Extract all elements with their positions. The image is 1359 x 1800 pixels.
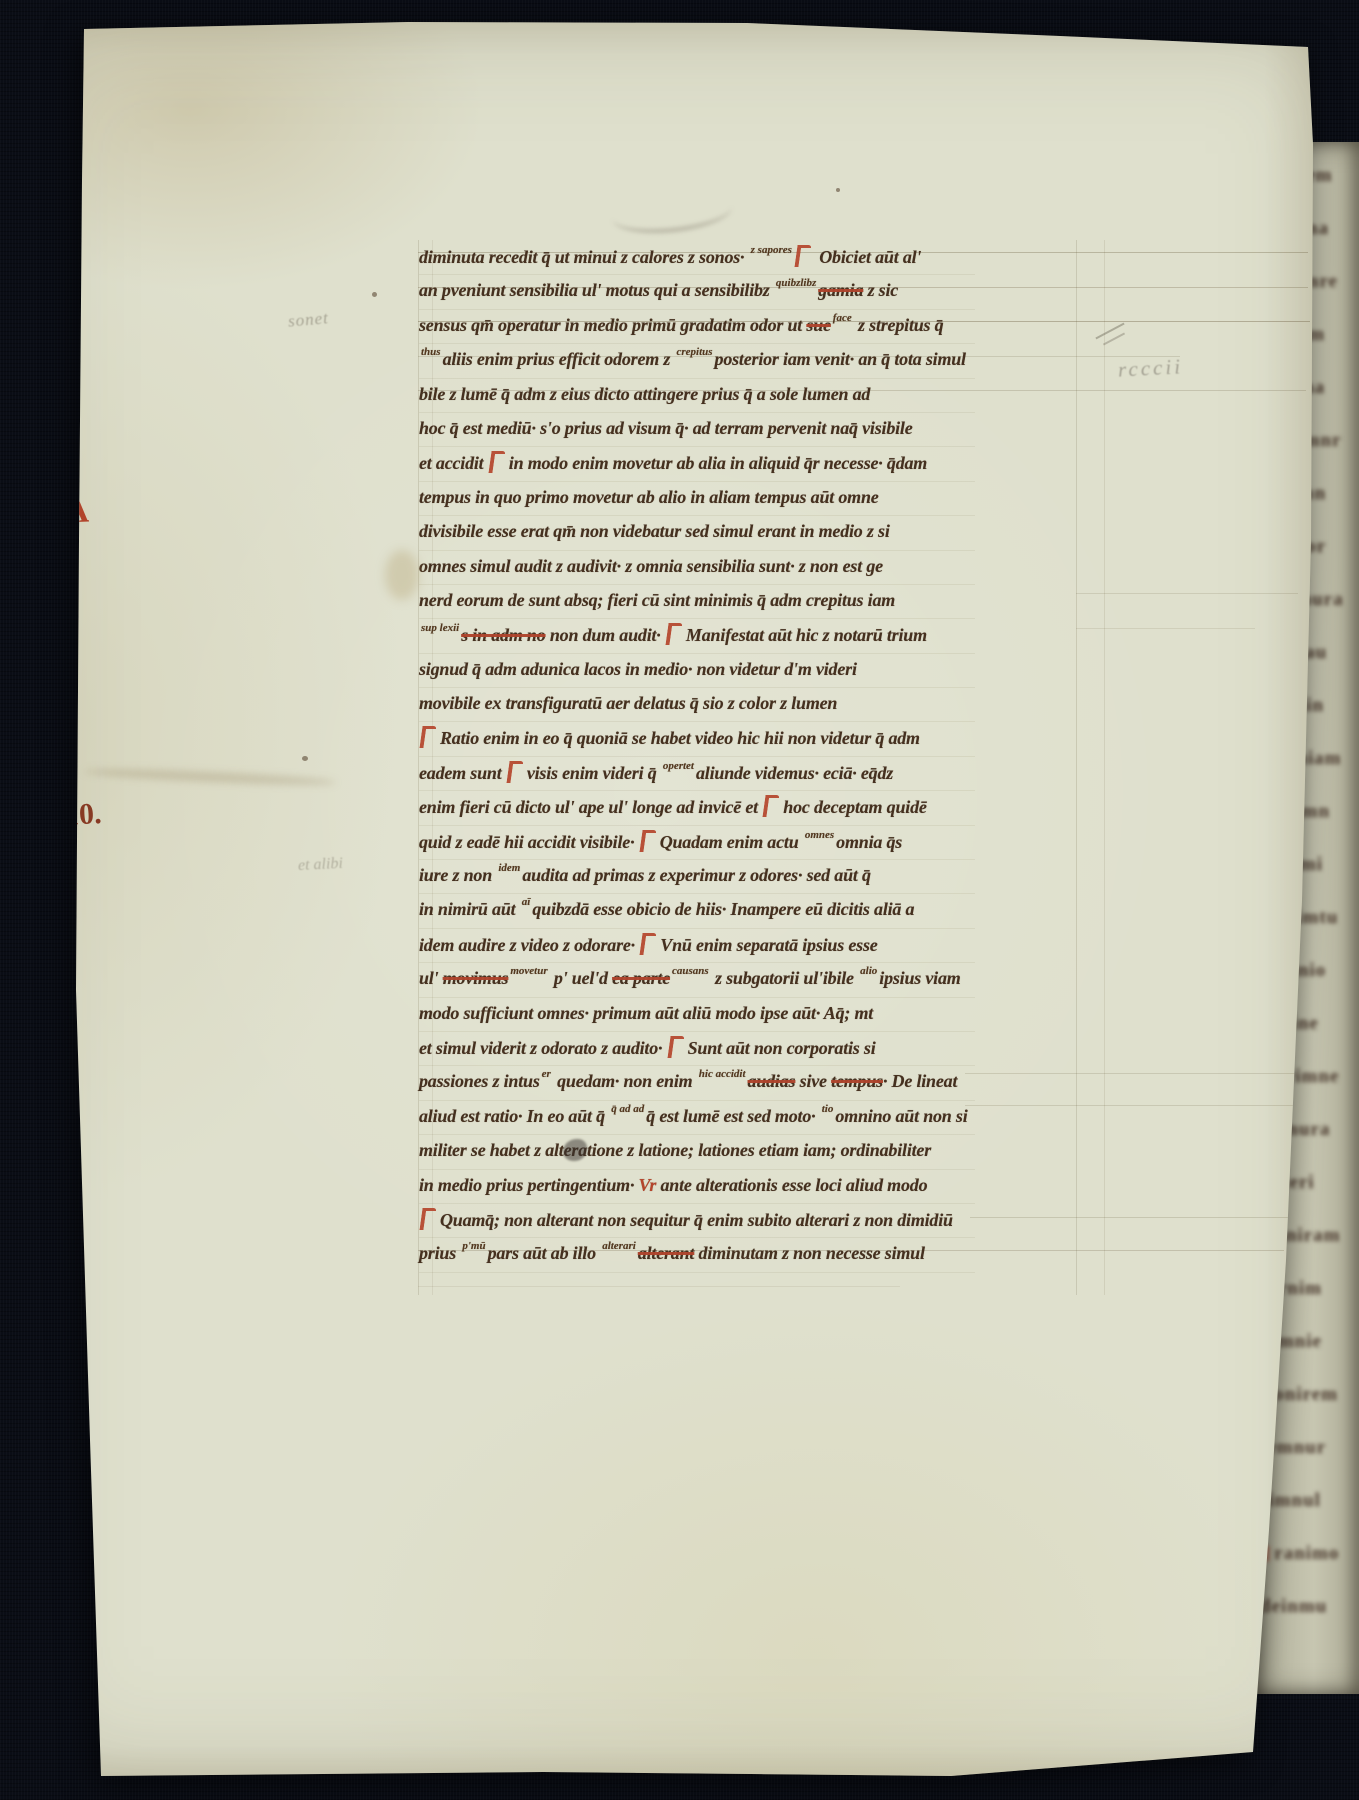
rubric-pilcrow-mark (667, 1036, 684, 1058)
parchment-leaf: diminuta recedit q̄ ut minui z calores z… (0, 0, 1359, 1800)
rubric-pilcrow-mark (419, 1208, 436, 1230)
interlinear-gloss: z sapores (751, 244, 792, 256)
interlinear-gloss: quibzlibz (776, 277, 816, 289)
interlinear-gloss: face (833, 312, 852, 324)
red-struck-word: audias (748, 1071, 796, 1091)
interlinear-gloss: movetur (510, 965, 547, 977)
faint-marginal-note-lower: et alibi (298, 855, 344, 875)
rubric-pilcrow-mark (763, 795, 780, 817)
text-line: aliud est ratio· In eo aūt q̄ q̄ ad adq̄… (419, 1101, 975, 1135)
interlinear-gloss: idem (498, 862, 520, 874)
rubric-pilcrow-mark (506, 761, 523, 783)
text-line: et simul viderit z odorato z audito· Sun… (419, 1032, 975, 1066)
text-line: Quamq̄; non alterant non sequitur q̄ eni… (419, 1204, 975, 1238)
text-line: modo sufficiunt omnes· primum aūt aliū m… (419, 998, 975, 1032)
text-line: diminuta recedit q̄ ut minui z calores z… (419, 241, 975, 275)
crease-stain (84, 767, 336, 788)
speck (302, 756, 308, 761)
folio-number-top: 9, (51, 219, 83, 268)
red-struck-word: ea parte (612, 968, 670, 988)
interlinear-gloss: hic accidit (699, 1068, 746, 1080)
interlinear-gloss: opertet (663, 760, 694, 772)
red-struck-word: alterant (638, 1243, 694, 1263)
text-line: bile z lumē q̄ adm z eius dicto attinger… (419, 379, 975, 413)
text-line: signud q̄ adm adunica lacos in medio· no… (419, 654, 975, 688)
interlinear-gloss: causans (672, 965, 709, 977)
rubric-text: Vr (639, 1175, 657, 1195)
text-line: ul' movimusmovetur p' uel'd ea partecaus… (419, 963, 975, 997)
rubric-pilcrow-mark (794, 245, 811, 267)
pen-trial-stroke (1095, 323, 1124, 340)
text-block: diminuta recedit q̄ ut minui z calores z… (419, 241, 975, 1273)
text-line: sup lexiis in adm no non dum audit· Mani… (419, 619, 975, 653)
leaf-shadow-wrap: diminuta recedit q̄ ut minui z calores z… (0, 0, 1359, 1800)
text-line: quid z eadē hii accidit visibile· Quadam… (419, 826, 975, 860)
interlinear-gloss: q̄ ad ad (611, 1103, 644, 1115)
ruling-line-horizontal (965, 1105, 1293, 1106)
red-quire-mark: o A (61, 480, 89, 526)
rubric-pilcrow-mark (640, 933, 657, 955)
interlinear-gloss: alterari (602, 1240, 636, 1252)
faint-marginal-note-upper: sonet (287, 308, 329, 331)
interlinear-gloss: aī (522, 896, 531, 908)
text-line: enim fieri cū dicto ul' ape ul' longe ad… (419, 791, 975, 825)
ruling-line-vertical (1104, 240, 1105, 1295)
text-line: movibile ex transfiguratū aer delatus q̄… (419, 688, 975, 722)
interlinear-gloss: thus (421, 346, 441, 358)
rubric-pilcrow-mark (419, 726, 436, 748)
folio-number-mid: 10. (63, 797, 102, 833)
interlinear-gloss: er (542, 1068, 551, 1080)
text-line: nerd eorum de sunt absq; fieri cū sint m… (419, 585, 975, 619)
text-line: in medio prius pertingentium· Vr ante al… (419, 1170, 975, 1204)
faint-inscription-right: rcccii (1117, 354, 1183, 382)
photograph-of-manuscript: { "photo": { "subject": "medieval parchm… (0, 0, 1359, 1800)
red-struck-word: sue (806, 315, 830, 335)
text-line: thusaliis enim prius efficit odorem z cr… (419, 344, 975, 378)
rubric-pilcrow-mark (639, 830, 656, 852)
ruling-line-horizontal (970, 1217, 1288, 1218)
speck (372, 292, 377, 297)
rubric-pilcrow-mark (665, 623, 682, 645)
text-line: an pveniunt sensibilia ul' motus qui a s… (419, 275, 975, 309)
text-line: in nimirū aūt aīquibzdā esse obicio de h… (419, 894, 975, 928)
red-struck-word: s in adm no (461, 625, 545, 645)
pen-trial-stroke (1103, 332, 1125, 345)
ruling-line-horizontal (418, 1286, 900, 1287)
text-line: divisibile esse erat qm̄ non videbatur s… (419, 516, 975, 550)
stain-blob (385, 550, 419, 600)
ruling-line-vertical (1076, 240, 1077, 1295)
text-line: eadem sunt visis enim videri q̄ operteta… (419, 757, 975, 791)
interlinear-gloss: alio (860, 965, 877, 977)
text-line: prius p'mūpars aūt ab illo alterarialter… (419, 1238, 975, 1272)
rubric-pilcrow-mark (488, 451, 505, 473)
interlinear-gloss: sup lexii (421, 622, 459, 634)
interlinear-gloss: omnes (805, 829, 834, 841)
text-line: idem audire z video z odorare· Vnū enim … (419, 929, 975, 963)
text-line: et accidit in modo enim movetur ab alia … (419, 447, 975, 481)
text-line: omnes simul audit z audivit· z omnia sen… (419, 551, 975, 585)
text-line: passiones z intuser quedam· non enim hic… (419, 1066, 975, 1100)
interlinear-gloss: crepitus (676, 346, 712, 358)
red-quire-mark-bottom: A (64, 500, 89, 525)
interlinear-gloss: tio (822, 1103, 834, 1115)
speck (836, 188, 840, 192)
ink-offset-smudge (610, 188, 733, 238)
text-line: tempus in quo primo movetur ab alio in a… (419, 482, 975, 516)
red-struck-word: gamia (818, 280, 863, 300)
text-line: militer se habet z alteratione z latione… (419, 1135, 975, 1169)
text-line: iure z non idemaudita ad primas z experi… (419, 860, 975, 894)
ruling-line-horizontal (965, 1073, 1298, 1074)
ruling-line-horizontal (1076, 628, 1255, 629)
text-line: hoc q̄ est mediū· s'o prius ad visum q̄·… (419, 413, 975, 447)
red-struck-word: tempus (831, 1071, 883, 1091)
interlinear-gloss: p'mū (462, 1240, 485, 1252)
text-line: Ratio enim in eo q̄ quoniā se habet vide… (419, 722, 975, 756)
text-line: sensus qm̄ operatur in medio primū grada… (419, 310, 975, 344)
ruling-line-horizontal (1076, 593, 1298, 594)
red-struck-word: movimus (443, 968, 509, 988)
